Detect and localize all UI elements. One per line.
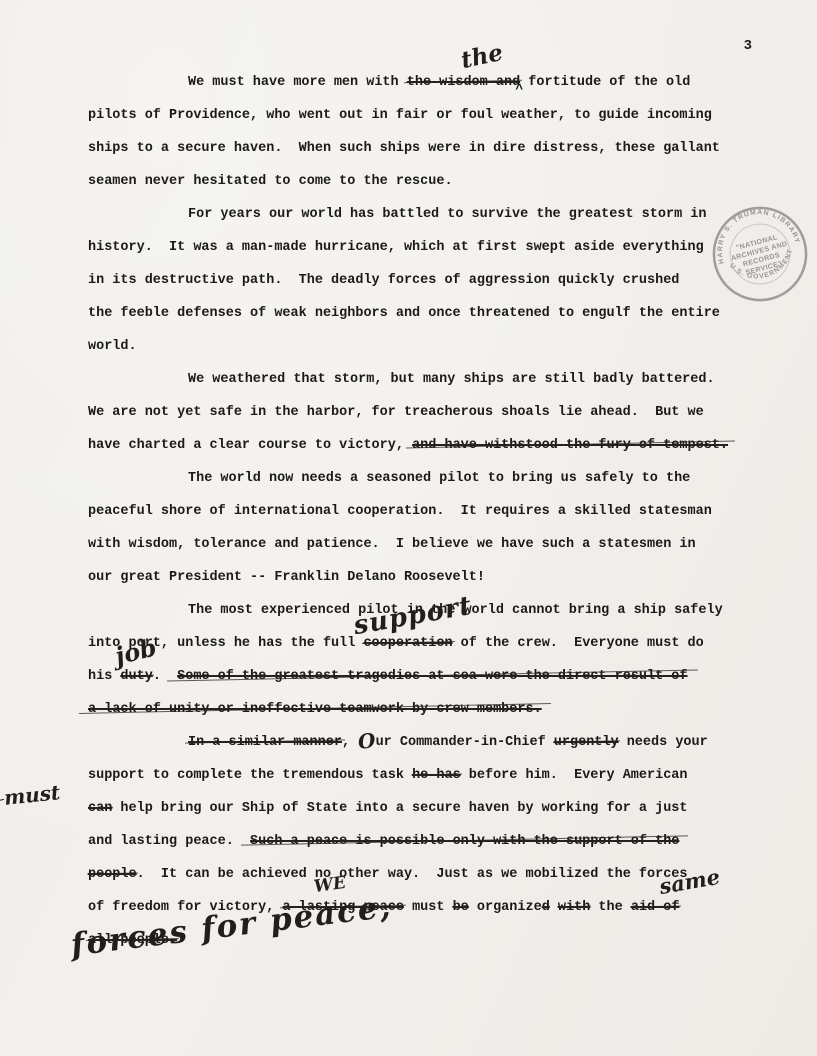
typed-text: peaceful shore of international cooperat… bbox=[88, 495, 712, 528]
struck-text: Such a peace is possible only with the s… bbox=[250, 825, 679, 858]
struck-text: a lack of unity or ineffective teamwork … bbox=[88, 693, 542, 726]
typed-line: The most experienced pilot in the world … bbox=[88, 594, 778, 627]
typed-line: the feeble defenses of weak neighbors an… bbox=[88, 297, 778, 330]
typed-line: For years our world has battled to survi… bbox=[88, 198, 778, 231]
typed-line: peaceful shore of international cooperat… bbox=[88, 495, 778, 528]
struck-text: and have withstood the fury of tempest. bbox=[412, 429, 728, 462]
typed-text: . bbox=[153, 660, 177, 693]
typed-line: We weathered that storm, but many ships … bbox=[88, 363, 778, 396]
typed-text: of the crew. Everyone must do bbox=[453, 627, 704, 660]
typed-line: have charted a clear course to victory, … bbox=[88, 429, 778, 462]
typed-text: The most experienced pilot in the world … bbox=[188, 594, 723, 627]
typed-line: seamen never hesitated to come to the re… bbox=[88, 165, 778, 198]
caret-mark: ^ bbox=[515, 83, 523, 96]
handwritten-text: O bbox=[357, 730, 376, 752]
struck-text: be bbox=[453, 891, 469, 924]
typed-line: The world now needs a seasoned pilot to … bbox=[88, 462, 778, 495]
typed-line: mustcan help bring our Ship of State int… bbox=[88, 792, 778, 825]
struck-text: Some of the greatest tragedies at sea we… bbox=[177, 660, 687, 693]
typed-text: ships to a secure haven. When such ships… bbox=[88, 132, 720, 165]
typed-text: organize bbox=[469, 891, 542, 924]
typed-text: world. bbox=[88, 330, 137, 363]
typed-text: with wisdom, tolerance and patience. I b… bbox=[88, 528, 696, 561]
typed-line: our great President -- Franklin Delano R… bbox=[88, 561, 778, 594]
typed-text: must bbox=[404, 891, 453, 924]
typed-text: We weathered that storm, but many ships … bbox=[188, 363, 715, 396]
struck-text: people bbox=[88, 858, 137, 891]
typed-text: the bbox=[590, 891, 631, 924]
typed-text: fortitude of the old bbox=[520, 66, 690, 99]
typed-text: our great President -- Franklin Delano R… bbox=[88, 561, 485, 594]
typed-text: . It can be achieved no other way. Just … bbox=[137, 858, 688, 891]
struck-text: dutyjob bbox=[120, 660, 152, 693]
typed-text: his bbox=[88, 660, 120, 693]
typed-line: pilots of Providence, who went out in fa… bbox=[88, 99, 778, 132]
typed-text: history. It was a man-made hurricane, wh… bbox=[88, 231, 704, 264]
typed-text: We must have more men with bbox=[188, 66, 407, 99]
typed-text: For years our world has battled to survi… bbox=[188, 198, 706, 231]
typed-line: world. bbox=[88, 330, 778, 363]
struck-text: cooperationsupport bbox=[363, 627, 452, 660]
struck-text: urgently bbox=[554, 726, 619, 759]
typed-text: in its destructive path. The deadly forc… bbox=[88, 264, 679, 297]
typed-line: with wisdom, tolerance and patience. I b… bbox=[88, 528, 778, 561]
typed-text: the feeble defenses of weak neighbors an… bbox=[88, 297, 720, 330]
typed-line: into port, unless he has the full cooper… bbox=[88, 627, 778, 660]
typed-line: and lasting peace. Such a peace is possi… bbox=[88, 825, 778, 858]
typed-text: pilots of Providence, who went out in fa… bbox=[88, 99, 712, 132]
typed-line: people. It can be achieved no other way.… bbox=[88, 858, 778, 891]
typed-line: his dutyjob. Some of the greatest traged… bbox=[88, 660, 778, 693]
typed-line: history. It was a man-made hurricane, wh… bbox=[88, 231, 778, 264]
typed-line: in its destructive path. The deadly forc… bbox=[88, 264, 778, 297]
typed-body: We must have more men with the wisdom an… bbox=[88, 66, 778, 957]
page-number: 3 bbox=[744, 38, 753, 54]
typed-text: support to complete the tremendous task bbox=[88, 759, 412, 792]
typed-text: seamen never hesitated to come to the re… bbox=[88, 165, 453, 198]
struck-text: aid ofsame bbox=[631, 891, 680, 924]
typed-text: The world now needs a seasoned pilot to … bbox=[188, 462, 690, 495]
typed-line: support to complete the tremendous task … bbox=[88, 759, 778, 792]
typed-line: ships to a secure haven. When such ships… bbox=[88, 132, 778, 165]
typed-text bbox=[550, 891, 558, 924]
typed-line: all people.forces for peace, bbox=[88, 924, 778, 957]
typed-line: In a similar manner, Our Commander-in-Ch… bbox=[88, 726, 778, 759]
typed-line: We must have more men with the wisdom an… bbox=[88, 66, 778, 99]
typed-text: We are not yet safe in the harbor, for t… bbox=[88, 396, 704, 429]
handwritten-insertion: the bbox=[458, 36, 506, 77]
typed-text: have charted a clear course to victory, bbox=[88, 429, 412, 462]
struck-text: d bbox=[542, 891, 550, 924]
typed-text: and lasting peace. bbox=[88, 825, 250, 858]
typed-text: , bbox=[342, 726, 358, 759]
document-page: 3 We must have more men with the wisdom … bbox=[0, 0, 817, 1056]
struck-text: with bbox=[558, 891, 590, 924]
handwritten-margin-note: must bbox=[2, 776, 61, 815]
typed-text: before him. Every American bbox=[461, 759, 688, 792]
struck-text: In a similar manner bbox=[188, 726, 342, 759]
typed-text: ur Commander-in-Chief bbox=[376, 726, 554, 759]
struck-text: the wisdom andthe^ bbox=[407, 66, 520, 99]
typed-line: We are not yet safe in the harbor, for t… bbox=[88, 396, 778, 429]
typed-text: needs your bbox=[619, 726, 708, 759]
typed-text: help bring our Ship of State into a secu… bbox=[112, 792, 687, 825]
struck-text: he has bbox=[412, 759, 461, 792]
struck-text: can bbox=[88, 792, 112, 825]
typed-text: into port, unless he has the full bbox=[88, 627, 363, 660]
typed-line: a lack of unity or ineffective teamwork … bbox=[88, 693, 778, 726]
